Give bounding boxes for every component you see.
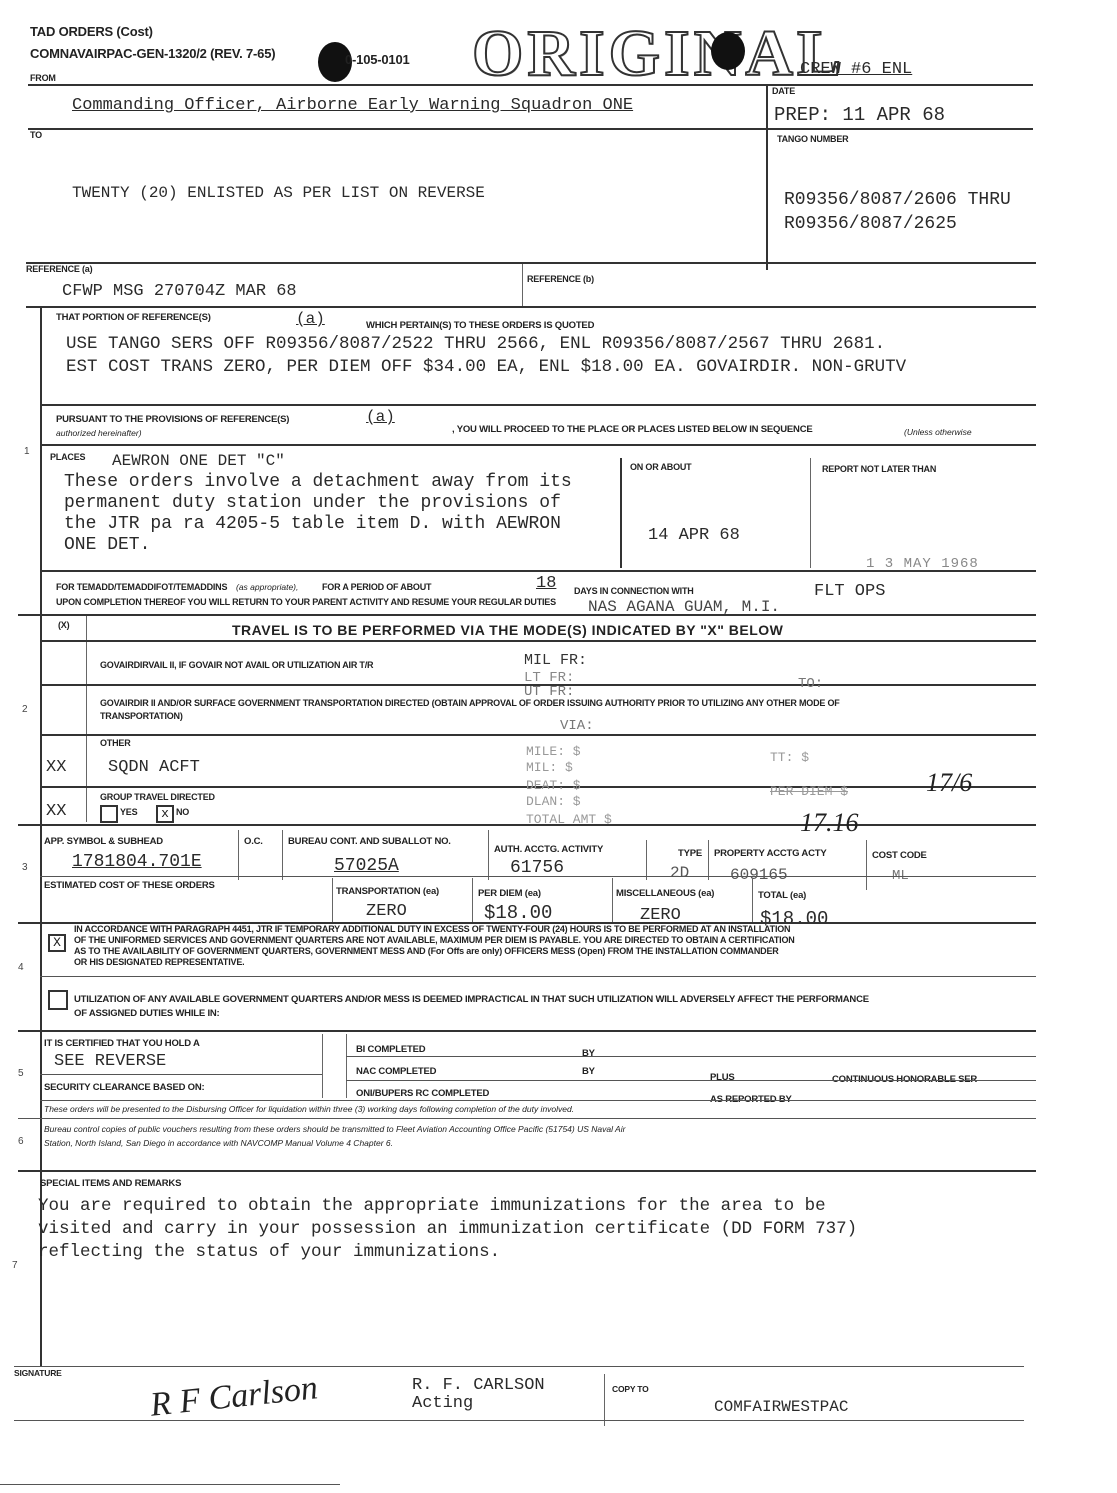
pursuant-note: (Unless otherwise	[904, 427, 972, 437]
oc-label: O.C.	[244, 836, 263, 847]
remarks-line3: reflecting the status of your immunizati…	[38, 1242, 500, 1262]
form-number: COMNAVAIRPAC-GEN-1320/2 (REV. 7-65)	[30, 46, 275, 61]
reference-a-label: REFERENCE (a)	[26, 264, 92, 274]
handwritten-amount-2: 17.16	[800, 808, 859, 838]
group-travel-no-checkbox[interactable]: x	[156, 805, 174, 823]
auth-acctg-label: AUTH. ACCTG. ACTIVITY	[494, 844, 603, 855]
signature-label: SIGNATURE	[14, 1368, 62, 1378]
to-label: TO	[30, 130, 42, 140]
group-travel-yes-label: YES	[120, 807, 137, 817]
divider	[346, 1056, 1036, 1057]
section-number: 4	[18, 962, 24, 973]
estimated-cost-label: ESTIMATED COST OF THESE ORDERS	[44, 880, 215, 891]
places-name: AEWRON ONE DET "C"	[112, 452, 285, 470]
overlay-deat: DEAT: $	[526, 778, 581, 793]
divider	[604, 1374, 605, 1426]
divider	[28, 84, 1033, 86]
places-text-2: permanent duty station under the provisi…	[64, 493, 561, 513]
quoted-label-suffix: WHICH PERTAIN(S) TO THESE ORDERS IS QUOT…	[366, 320, 594, 331]
tango-label: TANGO NUMBER	[777, 134, 848, 144]
signature-handwritten: R F Carlson	[148, 1369, 319, 1424]
travel-x-header: (X)	[58, 620, 69, 630]
miscellaneous-label: MISCELLANEOUS (ea)	[616, 888, 714, 899]
quarters-para1-line2: OF THE UNIFORMED SERVICES AND GOVERNMENT…	[74, 935, 795, 945]
divider	[810, 458, 811, 568]
overlay-per-diem: PER DIEM $	[770, 784, 848, 799]
divider	[40, 444, 1036, 446]
crew-label: CREW #6 ENL	[800, 60, 912, 79]
divider	[40, 640, 1036, 642]
copy-to-label: COPY TO	[612, 1384, 649, 1394]
overlay-to: TO:	[798, 676, 823, 692]
travel-mode-3-label: OTHER	[100, 738, 131, 748]
original-stamp: ORIGINAL	[472, 16, 845, 92]
pursuant-label-suffix: , YOU WILL PROCEED TO THE PLACE OR PLACE…	[452, 424, 813, 435]
handwritten-amount-1: 17/6	[926, 768, 972, 798]
to-value: TWENTY (20) ENLISTED AS PER LIST ON REVE…	[72, 184, 485, 202]
overlay-tt: TT: $	[770, 750, 809, 765]
travel-mode-2b: TRANSPORTATION)	[100, 711, 183, 721]
overlay-mil-fr: MIL FR:	[524, 652, 587, 669]
period-label-mid: FOR A PERIOD OF ABOUT	[322, 582, 431, 592]
divider	[18, 614, 1036, 616]
tango-line1: R09356/8087/2606 THRU	[784, 190, 1011, 210]
bi-completed-label: BI COMPLETED	[356, 1044, 425, 1055]
remarks-line1: You are required to obtain the appropria…	[38, 1196, 826, 1216]
divider	[766, 84, 768, 270]
period-label-suffix: DAYS IN CONNECTION WITH	[574, 586, 694, 596]
quarters-certification-checkbox[interactable]: X	[48, 934, 66, 952]
divider	[346, 1034, 347, 1098]
pursuant-ref-letter: (a)	[366, 408, 395, 426]
transportation-value: ZERO	[366, 902, 407, 921]
property-acctg-label: PROPERTY ACCTG ACTY	[714, 848, 827, 859]
type-value: 2D	[670, 864, 689, 882]
period-purpose: FLT OPS	[814, 582, 885, 601]
disbursing-notice: These orders will be presented to the Di…	[44, 1104, 574, 1114]
remarks-label: SPECIAL ITEMS AND REMARKS	[40, 1178, 181, 1189]
type-label: TYPE	[678, 848, 702, 859]
oni-completed-label: ONI/BUPERS RC COMPLETED	[356, 1088, 489, 1099]
quoted-ref-letter: (a)	[296, 310, 325, 328]
report-label: REPORT NOT LATER THAN	[822, 464, 936, 474]
divider	[14, 1420, 1024, 1421]
period-days: 18	[536, 574, 556, 593]
section-number: 6	[18, 1136, 24, 1147]
travel-mode-3-mark: XX	[46, 758, 66, 777]
reference-b-label: REFERENCE (b)	[527, 274, 594, 284]
period-label-prefix: FOR TEMADD/TEMADDIFOT/TEMADDINS	[56, 582, 227, 592]
ink-blot	[711, 32, 745, 70]
bi-by-label: BY	[582, 1048, 595, 1059]
reference-a-value: CFWP MSG 270704Z MAR 68	[62, 282, 297, 301]
divider	[646, 840, 647, 880]
divider	[332, 878, 333, 922]
from-label: FROM	[30, 73, 56, 83]
bureau-notice-line2: Station, North Island, San Diego in acco…	[44, 1138, 393, 1148]
overlay-total: TOTAL AMT $	[526, 812, 612, 827]
travel-mode-3-value: SQDN ACFT	[108, 758, 200, 777]
form-title: TAD ORDERS (Cost)	[30, 24, 153, 39]
quarters-para1-line3: AS TO THE AVAILABILITY OF GOVERNMENT QUA…	[74, 946, 779, 956]
on-or-about-label: ON OR ABOUT	[630, 462, 691, 472]
divider	[18, 1170, 1036, 1172]
overlay-via: VIA:	[560, 718, 594, 734]
section-number: 2	[22, 704, 28, 715]
divider	[866, 840, 867, 890]
divider	[522, 264, 523, 308]
total-label: TOTAL (ea)	[758, 890, 806, 901]
period-note: (as appropriate),	[236, 582, 298, 592]
divider	[612, 878, 613, 922]
divider	[472, 878, 473, 922]
overlay-dlan: DLAN: $	[526, 794, 581, 809]
auth-acctg-value: 61756	[510, 858, 564, 878]
plus-label: PLUS	[710, 1072, 735, 1083]
places-text-4: ONE DET.	[64, 535, 150, 555]
signatory-name: R. F. CARLSON	[412, 1376, 545, 1395]
overlay-mile-1: MILE: $	[526, 744, 581, 759]
divider	[86, 616, 87, 822]
property-acctg-value: 609165	[730, 866, 788, 884]
divider	[26, 306, 1036, 308]
stock-number: 0-105-0101	[345, 52, 410, 67]
divider	[28, 128, 1033, 130]
section-number: 1	[24, 446, 30, 457]
divider	[40, 404, 1036, 406]
quoted-label-prefix: THAT PORTION OF REFERENCE(S)	[56, 312, 211, 323]
pursuant-label-prefix: PURSUANT TO THE PROVISIONS OF REFERENCE(…	[56, 414, 289, 425]
divider	[282, 830, 283, 880]
divider	[18, 1118, 1036, 1119]
quarters-para2-line2: OF ASSIGNED DUTIES WHILE IN:	[74, 1008, 220, 1019]
divider	[40, 976, 1036, 977]
date-label: DATE	[772, 86, 795, 96]
security-cert-label: IT IS CERTIFIED THAT YOU HOLD A	[44, 1038, 200, 1049]
travel-mode-4-mark: XX	[46, 802, 66, 821]
travel-title: TRAVEL IS TO BE PERFORMED VIA THE MODE(S…	[232, 622, 783, 638]
per-diem-value: $18.00	[484, 902, 552, 924]
quoted-line1: USE TANGO SERS OFF R09356/8087/2522 THRU…	[66, 334, 885, 354]
group-travel-no-label: NO	[176, 807, 189, 817]
divider	[40, 1100, 1036, 1101]
places-text-3: the JTR pa ra 4205-5 table item D. with …	[64, 514, 561, 534]
places-label: PLACES	[50, 452, 85, 462]
bureau-value: 57025A	[334, 856, 399, 876]
security-cert-value: SEE REVERSE	[54, 1052, 166, 1071]
overlay-ut-fr: UT FR:	[524, 684, 574, 700]
divider	[14, 1366, 1024, 1367]
signatory-title: Acting	[412, 1394, 473, 1413]
cost-code-label: COST CODE	[872, 850, 927, 861]
divider	[40, 734, 1036, 736]
divider	[752, 878, 753, 922]
from-value: Commanding Officer, Airborne Early Warni…	[72, 96, 633, 115]
on-or-about-value: 14 APR 68	[648, 526, 740, 545]
divider	[18, 1030, 1036, 1032]
section-number: 7	[12, 1260, 18, 1271]
date-value: PREP: 11 APR 68	[774, 104, 945, 126]
per-diem-label: PER DIEM (ea)	[478, 888, 541, 899]
copy-to-value: COMFAIRWESTPAC	[714, 1398, 848, 1416]
travel-mode-2: GOVAIRDIR II AND/OR SURFACE GOVERNMENT T…	[100, 698, 840, 708]
quoted-line2: EST COST TRANS ZERO, PER DIEM OFF $34.00…	[66, 357, 906, 377]
transportation-label: TRANSPORTATION (ea)	[336, 886, 439, 897]
divider	[488, 830, 489, 880]
divider	[620, 458, 622, 568]
divider	[40, 1074, 322, 1075]
app-symbol-label: APP. SYMBOL & SUBHEAD	[44, 836, 163, 847]
quarters-para2-line1: UTILIZATION OF ANY AVAILABLE GOVERNMENT …	[74, 994, 869, 1005]
divider	[40, 876, 1036, 877]
page-edge	[0, 1484, 340, 1485]
divider	[26, 262, 1036, 264]
remarks-line2: visited and carry in your possession an …	[38, 1219, 857, 1239]
quarters-para1-line4: OR HIS DESIGNATED REPRESENTATIVE.	[74, 957, 244, 967]
group-travel-yes-checkbox[interactable]	[100, 805, 118, 823]
group-travel-label: GROUP TRAVEL DIRECTED	[100, 792, 215, 802]
quarters-para1-line1: IN ACCORDANCE WITH PARAGRAPH 4451, JTR I…	[74, 924, 790, 934]
divider	[322, 1034, 323, 1098]
places-text-1: These orders involve a detachment away f…	[64, 472, 572, 492]
pursuant-note2: authorized hereinafter)	[56, 428, 142, 438]
section-number: 3	[22, 862, 28, 873]
bureau-label: BUREAU CONT. AND SUBALLOT NO.	[288, 836, 451, 847]
bureau-notice-line1: Bureau control copies of public vouchers…	[44, 1124, 625, 1134]
quarters-impractical-checkbox[interactable]	[48, 990, 68, 1010]
section-number: 5	[18, 1068, 24, 1079]
nac-by-label: BY	[582, 1066, 595, 1077]
divider	[346, 1080, 1036, 1081]
period-return-text: UPON COMPLETION THEREOF YOU WILL RETURN …	[56, 597, 556, 607]
divider	[708, 840, 709, 880]
overlay-mile-2: MIL: $	[526, 760, 573, 775]
nac-completed-label: NAC COMPLETED	[356, 1066, 436, 1077]
security-basis-label: SECURITY CLEARANCE BASED ON:	[44, 1082, 205, 1093]
travel-mode-1: GOVAIRDIRVAIL II, IF GOVAIR NOT AVAIL OR…	[100, 660, 373, 670]
divider	[40, 570, 1036, 572]
tango-line2: R09356/8087/2625	[784, 214, 957, 234]
divider	[238, 830, 239, 880]
app-symbol-value: 1781804.701E	[72, 852, 202, 872]
